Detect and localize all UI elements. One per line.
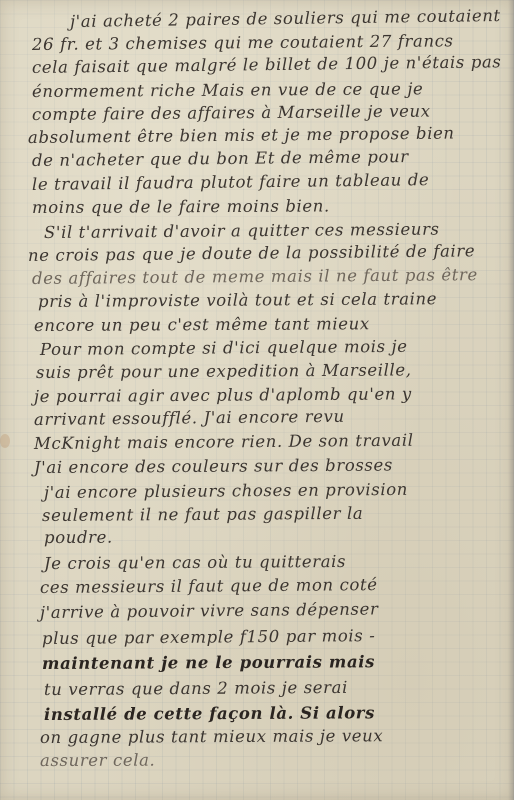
letter-line: énormement riche Mais en vue de ce que j… bbox=[32, 79, 424, 102]
letter-line: arrivant essoufflé. J'ai encore revu bbox=[34, 407, 345, 430]
letter-line: 26 fr. et 3 chemises qui me coutaient 27… bbox=[32, 31, 454, 55]
letter-line: compte faire des affaires à Marseille je… bbox=[32, 102, 431, 125]
letter-line: pris à l'improviste voilà tout et si cel… bbox=[38, 289, 437, 312]
letter-line: j'ai acheté 2 paires de souliers qui me … bbox=[70, 6, 501, 32]
letter-line: installé de cette façon là. Si alors bbox=[44, 703, 375, 725]
letter-line: poudre. bbox=[44, 528, 113, 548]
letter-line: J'ai encore des couleurs sur des brosses bbox=[34, 455, 393, 478]
letter-line: plus que par exemple f150 par mois - bbox=[42, 626, 376, 649]
letter-line: seulement il ne faut pas gaspiller la bbox=[42, 504, 363, 526]
letter-line: on gagne plus tant mieux mais je veux bbox=[40, 726, 383, 748]
letter-line: je pourrai agir avec plus d'aplomb qu'en… bbox=[34, 384, 412, 407]
letter-line: des affaires tout de meme mais il ne fau… bbox=[32, 265, 478, 289]
letter-line: maintenant je ne le pourrais mais bbox=[42, 652, 375, 674]
letter-line: de n'acheter que du bon Et de même pour bbox=[32, 147, 409, 171]
letter-line: encore un peu c'est même tant mieux bbox=[34, 314, 370, 336]
letter-line: tu verras que dans 2 mois je serai bbox=[44, 678, 348, 700]
letter-line: assurer cela. bbox=[40, 751, 155, 771]
letter-line: le travail il faudra plutot faire un tab… bbox=[32, 170, 430, 195]
letter-line: ces messieurs il faut que de mon coté bbox=[40, 575, 378, 598]
letter-line: absolument être bien mis et je me propos… bbox=[28, 124, 455, 148]
handwritten-text: j'ai acheté 2 paires de souliers qui me … bbox=[0, 0, 514, 800]
letter-line: McKnight mais encore rien. De son travai… bbox=[34, 431, 414, 454]
letter-line: S'il t'arrivait d'avoir a quitter ces me… bbox=[44, 220, 440, 243]
letter-line: Je crois qu'en cas où tu quitterais bbox=[44, 552, 346, 574]
letter-page: j'ai acheté 2 paires de souliers qui me … bbox=[0, 0, 514, 800]
letter-line: ne crois pas que je doute de la possibil… bbox=[28, 241, 475, 266]
letter-line: cela faisait que malgré le billet de 100… bbox=[32, 52, 502, 78]
letter-line: j'arrive à pouvoir vivre sans dépenser bbox=[40, 599, 379, 623]
letter-line: suis prêt pour une expedition à Marseill… bbox=[36, 360, 412, 383]
letter-line: Pour mon compte si d'ici quelque mois je bbox=[40, 337, 408, 360]
letter-line: moins que de le faire moins bien. bbox=[32, 196, 330, 218]
letter-line: j'ai encore plusieurs choses en provisio… bbox=[44, 480, 408, 503]
